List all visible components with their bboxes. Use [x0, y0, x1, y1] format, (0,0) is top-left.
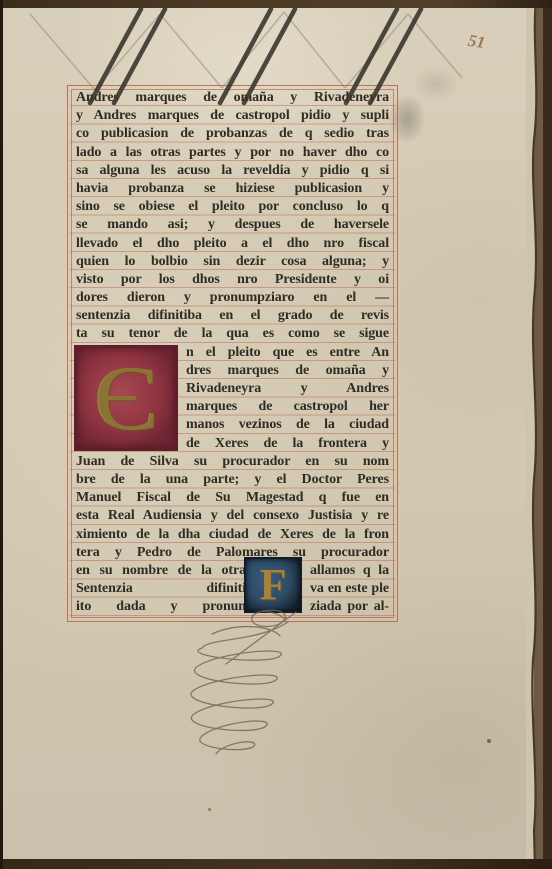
manuscript-line: sentenzia difinitiba en el grado de revi…: [76, 307, 389, 325]
ruled-text-frame: Andres marques de omaña y Rivadeneyra y …: [67, 85, 398, 622]
manuscript-line: sino se obiese el pleito por concluso lo…: [76, 198, 389, 216]
manuscript-line: se mando asi; y despues de haversele: [76, 216, 389, 234]
manuscript-line: co publicasion de probanzas de q sedio t…: [76, 125, 389, 143]
manuscript-line: lado a las otras partes y por no haver d…: [76, 144, 389, 162]
book-page-edge: [526, 0, 552, 869]
manuscript-line: llevado el dho pleito a el dho nro fisca…: [76, 235, 389, 253]
manuscript-line: bre de la una parte; y el Doctor Peres: [76, 471, 389, 489]
initial-F-glyph: F: [260, 563, 287, 607]
ink-speck: [487, 739, 491, 743]
manuscript-text-block: Andres marques de omaña y Rivadeneyra y …: [68, 86, 397, 621]
initial-E-glyph: Є: [94, 352, 158, 444]
illuminated-initial-F: F: [244, 557, 302, 613]
manuscript-line: Manuel Fiscal de Su Magestad q fue en: [76, 489, 389, 507]
split-line-left: Sentenzia difiniti: [76, 580, 246, 598]
manuscript-line: quien lo bolbio sin dezir cosa alguna; y: [76, 253, 389, 271]
binding-edge-left: [0, 0, 3, 869]
manuscript-line: ta su tenor de la qua es como se sigue: [76, 325, 389, 343]
manuscript-line: sa alguna les acuso la reveldia y pidio …: [76, 162, 389, 180]
manuscript-line: ximiento de la dha ciudad de Xeres de la…: [76, 526, 389, 544]
manuscript-line: dores dieron y pronumpziaro en el —: [76, 289, 389, 307]
split-line-left: en su nombre de la otra: [76, 562, 246, 580]
split-line-right: va en este ple: [310, 580, 389, 598]
manuscript-line: Juan de Silva su procurador en su nom: [76, 453, 389, 471]
illuminated-initial-E: Є: [74, 345, 178, 451]
cancellation-slashes: [0, 0, 552, 120]
manuscript-line: havia probanza se hiziese publicasion y: [76, 180, 389, 198]
manuscript-line: esta Real Audiensia y del consexo Justis…: [76, 507, 389, 525]
binding-edge-top: [0, 0, 552, 8]
split-line-right: ziada por al-: [310, 598, 389, 616]
ink-speck: [208, 808, 211, 811]
manuscript-line: visto por los dhos nro Presidente y oi: [76, 271, 389, 289]
manuscript-line: tera y Pedro de Palomares su procurador: [76, 544, 389, 562]
folio-number: 51: [467, 31, 487, 53]
illuminated-initial-section: Є n el pleito que es entre An dres marqu…: [76, 344, 389, 453]
manuscript-photo: 51 Andres marques de omaña y Rivadeneyra…: [0, 0, 552, 869]
manuscript-line: en su nombre de la otra allamos q la: [76, 562, 389, 580]
manuscript-line: Sentenzia difiniti va en este ple: [76, 580, 389, 598]
binding-edge-bottom: [0, 859, 552, 869]
pen-flourish: [168, 608, 318, 778]
split-line-right: allamos q la: [310, 562, 389, 580]
